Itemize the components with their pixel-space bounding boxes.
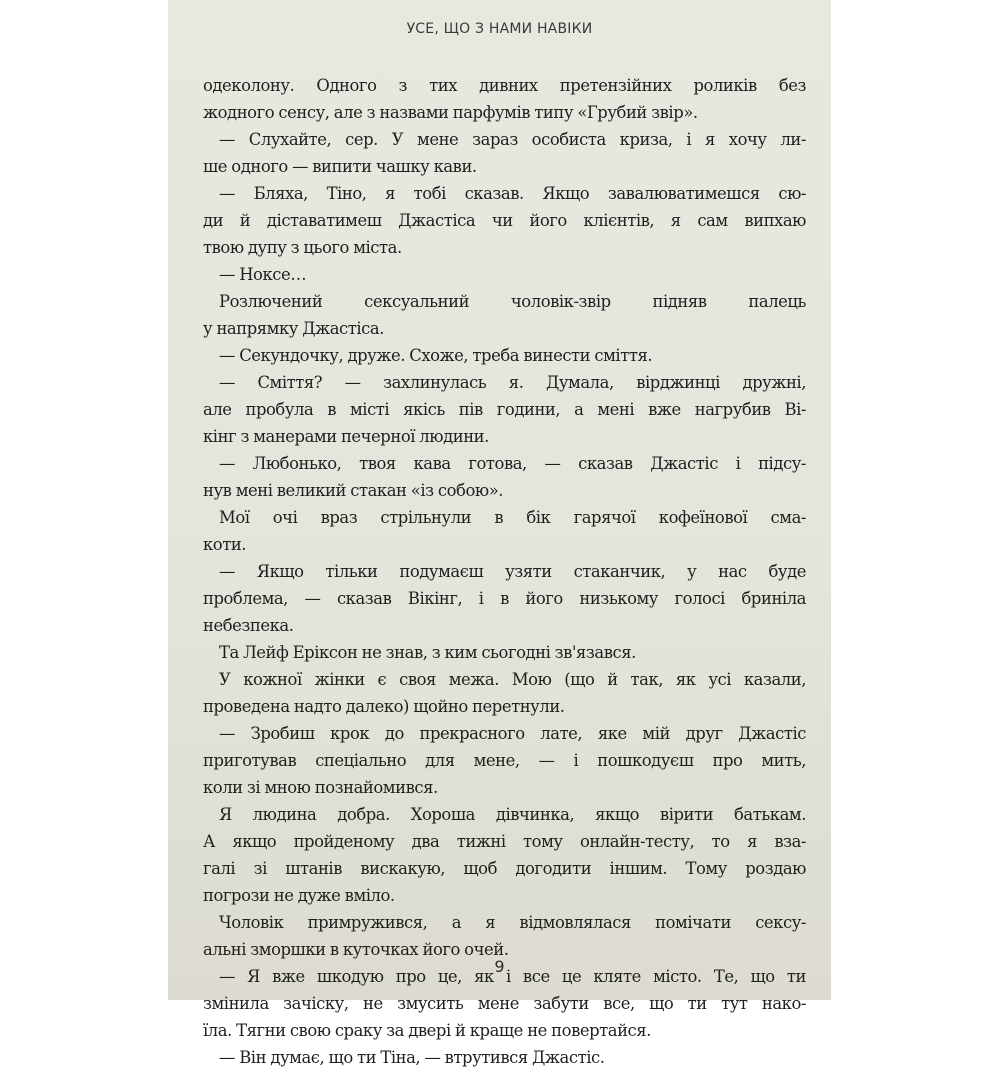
text-line: приготував спеціально для мене, — і пошк… bbox=[203, 747, 806, 774]
text-line: проблема, — сказав Вікінг, і в його низь… bbox=[203, 585, 806, 612]
text-line: ди й діставатимеш Джастіса чи його клієн… bbox=[203, 207, 806, 234]
text-line: — Сміття? — захлинулась я. Думала, вірдж… bbox=[203, 369, 806, 396]
text-line: Я людина добра. Хороша дівчинка, якщо ві… bbox=[203, 801, 806, 828]
text-line: — Ноксе… bbox=[203, 261, 806, 288]
text-line: кінг з манерами печерної людини. bbox=[203, 423, 806, 450]
text-line: Та Лейф Еріксон не знав, з ким сьогодні … bbox=[203, 639, 806, 666]
text-line: але пробула в місті якісь пів години, а … bbox=[203, 396, 806, 423]
text-line: А якщо пройденому два тижні тому онлайн-… bbox=[203, 828, 806, 855]
text-line: небезпека. bbox=[203, 612, 806, 639]
text-line: — Любонько, твоя кава готова, — сказав Д… bbox=[203, 450, 806, 477]
text-line: коли зі мною познайомився. bbox=[203, 774, 806, 801]
page-body-text: одеколону. Одного з тих дивних претензій… bbox=[203, 72, 806, 1000]
page-number: 9 bbox=[168, 957, 831, 976]
text-line: Чоловік примружився, а я відмовлялася по… bbox=[203, 909, 806, 936]
book-page: УСЕ, ЩО З НАМИ НАВІКИ одеколону. Одного … bbox=[168, 0, 831, 1000]
text-line: одеколону. Одного з тих дивних претензій… bbox=[203, 72, 806, 99]
running-header-title: УСЕ, ЩО З НАМИ НАВІКИ bbox=[168, 21, 831, 37]
text-line: — Якщо тільки подумаєш узяти стаканчик, … bbox=[203, 558, 806, 585]
text-line: ше одного — випити чашку кави. bbox=[203, 153, 806, 180]
text-line: — Секундочку, друже. Схоже, треба винест… bbox=[203, 342, 806, 369]
text-line: змінила зачіску, не змусить мене забути … bbox=[203, 990, 806, 1000]
text-line: твою дупу з цього міста. bbox=[203, 234, 806, 261]
text-line: Мої очі враз стрільнули в бік гарячої ко… bbox=[203, 504, 806, 531]
text-line: у напрямку Джастіса. bbox=[203, 315, 806, 342]
text-line: коти. bbox=[203, 531, 806, 558]
text-line: — Зробиш крок до прекрасного лате, яке м… bbox=[203, 720, 806, 747]
text-line: — Слухайте, сер. У мене зараз особиста к… bbox=[203, 126, 806, 153]
text-line: проведена надто далеко) щойно перетнули. bbox=[203, 693, 806, 720]
text-line: галі зі штанів вискакую, щоб догодити ін… bbox=[203, 855, 806, 882]
text-line: жодного сенсу, але з назвами парфумів ти… bbox=[203, 99, 806, 126]
text-line: погрози не дуже вміло. bbox=[203, 882, 806, 909]
text-line: Розлючений сексуальний чоловік-звір підн… bbox=[203, 288, 806, 315]
text-line: У кожної жінки є своя межа. Мою (що й та… bbox=[203, 666, 806, 693]
text-line: — Бляха, Тіно, я тобі сказав. Якщо завал… bbox=[203, 180, 806, 207]
text-line: нув мені великий стакан «із собою». bbox=[203, 477, 806, 504]
